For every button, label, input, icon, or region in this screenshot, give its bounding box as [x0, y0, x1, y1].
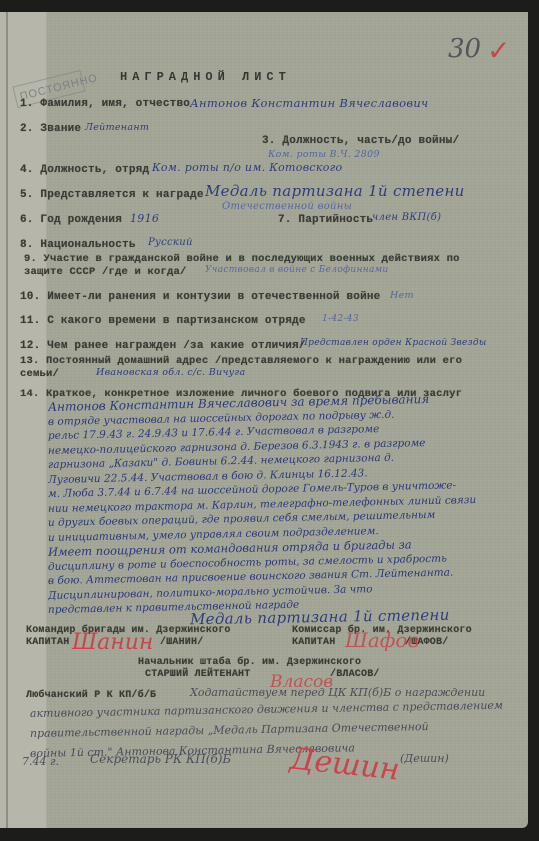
- field-5-label: 5. Представляется к награде: [20, 189, 204, 201]
- field-7-value: член ВКП(б): [372, 212, 441, 223]
- field-1-value: Антонов Константин Вячеславович: [190, 96, 429, 110]
- field-4-label: 4. Должность, отряд: [20, 164, 149, 176]
- resolution-header: Любчанский Р К КП/б/Б: [26, 690, 156, 701]
- binding-edge: [6, 12, 8, 828]
- field-13-value: Ивановская обл. с/с. Вичуга: [96, 367, 246, 378]
- field-12-value: Представлен орден Красной Звезды: [300, 338, 487, 348]
- field-2-value: Лейтенант: [85, 122, 149, 133]
- field-6-label: 6. Год рождения: [20, 214, 122, 226]
- field-5-value-extra: Отечественной войны: [222, 201, 352, 212]
- resolution-signer-title: Секретарь РК КП(б)Б: [90, 752, 231, 766]
- field-5-value: Медаль партизана 1й степени: [205, 182, 465, 200]
- field-7-label: 7. Партийность: [278, 214, 373, 226]
- check-mark-icon: ✓: [487, 34, 510, 67]
- narrative-text: Антонов Константин Вячеславович за время…: [48, 400, 518, 618]
- field-10-label: 10. Имеет-ли ранения и контузии в отечес…: [20, 291, 380, 303]
- commissar-rank: КАПИТАН: [292, 637, 335, 648]
- field-3-value: Ком. роты В.Ч. 2809: [268, 149, 380, 160]
- field-8-value: Русский: [148, 237, 193, 248]
- chief-title: Начальник штаба бр. им. Дзержинского: [138, 657, 361, 668]
- field-4-value: Ком. роты п/о им. Котовского: [152, 161, 342, 174]
- field-3-label: 3. Должность, часть/до войны/: [262, 135, 459, 147]
- resolution-date: 7.44 г.: [22, 755, 59, 768]
- field-6-value: 1916: [130, 212, 159, 225]
- field-12-label: 12. Чем ранее награжден /за какие отличи…: [20, 340, 306, 352]
- resolution-signer-name: (Дешин): [400, 752, 449, 765]
- document-title: НАГРАДНОЙ ЛИСТ: [120, 70, 291, 84]
- commander-name: /ШАНИН/: [160, 637, 203, 648]
- commander-rank: КАПИТАН: [26, 637, 69, 648]
- field-9-value: Участвовал в войне с Белофиннами: [205, 265, 388, 275]
- commander-signature: Шанин: [72, 630, 153, 655]
- field-13-label: 13. Постоянный домашний адрес /представл…: [20, 355, 490, 381]
- field-11-label: 11. С какого времени в партизанском отря…: [20, 315, 306, 327]
- field-1-label: 1. Фамилия, имя, отчество: [20, 98, 190, 110]
- field-10-value: Нет: [390, 290, 414, 301]
- commissar-signature: Шафов: [345, 628, 419, 652]
- chief-rank: СТАРШИЙ ЛЕЙТЕНАНТ: [145, 669, 250, 680]
- award-sheet: ПОСТОЯННО 30 ✓ НАГРАДНОЙ ЛИСТ 1. Фамилия…: [0, 12, 528, 828]
- chief-name: /ВЛАСОВ/: [330, 669, 380, 680]
- page-number: 30: [448, 34, 481, 64]
- field-8-label: 8. Национальность: [20, 239, 136, 251]
- field-11-value: 1-42-43: [322, 314, 359, 324]
- field-2-label: 2. Звание: [20, 123, 81, 135]
